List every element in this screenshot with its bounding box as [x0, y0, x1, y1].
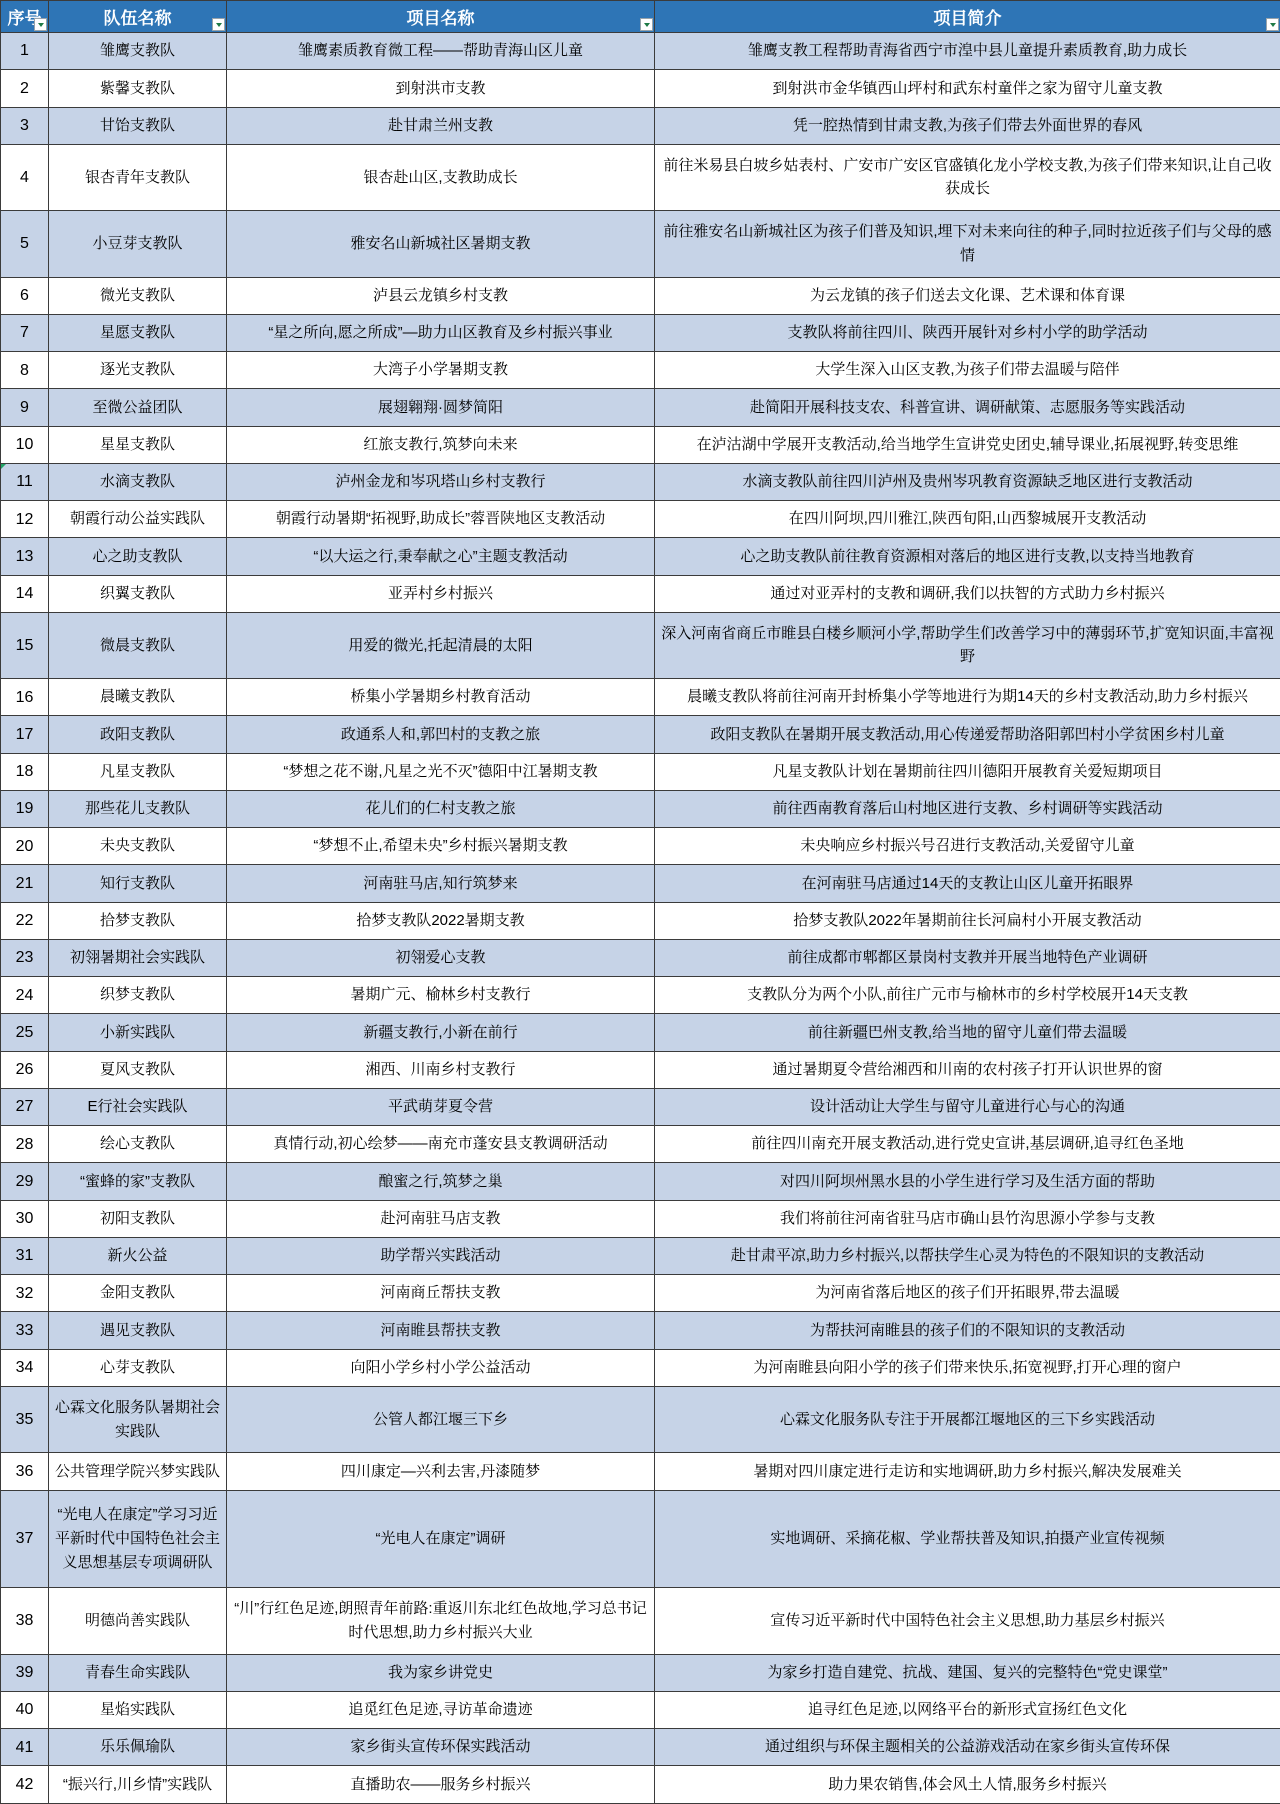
cell-index[interactable]: 23 [1, 939, 49, 976]
cell-project-name[interactable]: 河南睢县帮扶支教 [227, 1312, 655, 1349]
cell-project-desc[interactable]: 拾梦支教队2022年暑期前往长河扁村小开展支教活动 [655, 902, 1280, 939]
project-desc-value: 深入河南省商丘市睢县白楼乡顺河小学,帮助学生们改善学习中的薄弱环节,扩宽知识面,… [661, 625, 1274, 666]
cell-index[interactable]: 7 [1, 314, 49, 351]
project-desc-value: 水滴支教队前往四川泸州及贵州岑巩教育资源缺乏地区进行支教活动 [742, 473, 1192, 490]
cell-team-name[interactable]: 未央支教队 [49, 828, 227, 865]
cell-index[interactable]: 18 [1, 753, 49, 790]
team-name-value: 甘饴支教队 [100, 117, 175, 134]
cell-team-name[interactable]: 小新实践队 [49, 1014, 227, 1051]
row-index-value: 16 [16, 689, 34, 706]
cell-index[interactable]: 34 [1, 1349, 49, 1386]
table-row: 13 心之助支教队 “以大运之行,秉奉献之心”主题支教活动 心之助支教队前往教育… [1, 538, 1280, 575]
cell-index[interactable]: 27 [1, 1088, 49, 1125]
cell-index[interactable]: 25 [1, 1014, 49, 1051]
table-row: 4 银杏青年支教队 银杏赴山区,支教助成长 前往米易县白坡乡姑表村、广安市广安区… [1, 144, 1280, 210]
cell-index[interactable]: 5 [1, 211, 49, 277]
project-desc-value: 在四川阿坝,四川雅江,陕西旬阳,山西黎城展开支教活动 [789, 510, 1147, 527]
row-index-value: 7 [20, 324, 29, 341]
project-name-value: 平武萌芽夏令营 [388, 1098, 493, 1115]
project-desc-value: 赴甘肃平凉,助力乡村振兴,以帮扶学生心灵为特色的不限知识的支教活动 [731, 1247, 1204, 1264]
cell-team-name[interactable]: 星愿支教队 [49, 314, 227, 351]
row-index-value: 3 [20, 117, 29, 134]
row-index-value: 27 [16, 1098, 34, 1115]
table-row: 36 公共管理学院兴梦实践队 四川康定—兴利去害,丹漆随梦 暑期对四川康定进行走… [1, 1453, 1280, 1490]
cell-project-desc[interactable]: 心霖文化服务队专注于开展都江堰地区的三下乡实践活动 [655, 1386, 1280, 1452]
project-desc-value: 前往雅安名山新城社区为孩子们普及知识,埋下对未来向往的种子,同时拉近孩子们与父母… [663, 223, 1271, 264]
cell-team-name[interactable]: “振兴行,川乡情”实践队 [49, 1766, 227, 1804]
row-index-value: 6 [20, 287, 29, 304]
project-desc-value: 通过暑期夏令营给湘西和川南的农村孩子打开认识世界的窗 [772, 1061, 1162, 1078]
filter-dropdown-icon[interactable] [640, 18, 653, 31]
filter-dropdown-icon[interactable] [1266, 18, 1279, 31]
table-row: 37 “光电人在康定”学习习近平新时代中国特色社会主义思想基层专项调研队 “光电… [1, 1490, 1280, 1588]
cell-project-desc[interactable]: 凭一腔热情到甘肃支教,为孩子们带去外面世界的春风 [655, 107, 1280, 144]
filter-dropdown-icon[interactable] [212, 18, 225, 31]
project-name-value: 桥集小学暑期乡村教育活动 [350, 688, 530, 705]
table-row: 41 乐乐佩瑜队 家乡街头宣传环保实践活动 通过组织与环保主题相关的公益游戏活动… [1, 1729, 1280, 1766]
cell-project-desc[interactable]: 大学生深入山区支教,为孩子们带去温暖与陪伴 [655, 352, 1280, 389]
project-name-value: “以大运之行,秉奉献之心”主题支教活动 [313, 548, 567, 565]
cell-index[interactable]: 22 [1, 902, 49, 939]
team-name-value: 绘心支教队 [100, 1135, 175, 1152]
project-name-value: 我为家乡讲党史 [388, 1664, 493, 1681]
team-name-value: 小豆芽支教队 [92, 235, 182, 252]
table-row: 12 朝霞行动公益实践队 朝霞行动暑期“拓视野,助成长”蓉晋陕地区支教活动 在四… [1, 501, 1280, 538]
project-name-value: 到射洪市支教 [395, 80, 485, 97]
table-row: 18 凡星支教队 “梦想之花不谢,凡星之光不灭”德阳中江暑期支教 凡星支教队计划… [1, 753, 1280, 790]
cell-index[interactable]: 37 [1, 1490, 49, 1588]
cell-team-name[interactable]: 晨曦支教队 [49, 679, 227, 716]
table-row: 11 水滴支教队 泸州金龙和岑巩塔山乡村支教行 水滴支教队前往四川泸州及贵州岑巩… [1, 463, 1280, 500]
cell-index[interactable]: 15 [1, 612, 49, 678]
cell-project-desc[interactable]: 前往雅安名山新城社区为孩子们普及知识,埋下对未来向往的种子,同时拉近孩子们与父母… [655, 211, 1280, 277]
cell-index[interactable]: 20 [1, 828, 49, 865]
team-name-value: E行社会实践队 [87, 1098, 187, 1115]
project-name-value: “梦想之花不谢,凡星之光不灭”德阳中江暑期支教 [283, 763, 597, 780]
cell-project-desc[interactable]: 为帮扶河南睢县的孩子们的不限知识的支教活动 [655, 1312, 1280, 1349]
table-row: 42 “振兴行,川乡情”实践队 直播助农——服务乡村振兴 助力果农销售,体会风土… [1, 1766, 1280, 1804]
team-name-value: 水滴支教队 [100, 473, 175, 490]
table-row: 24 织梦支教队 暑期广元、榆林乡村支教行 支教队分为两个小队,前往广元市与榆林… [1, 977, 1280, 1014]
cell-index[interactable]: 28 [1, 1126, 49, 1163]
table-row: 34 心芽支教队 向阳小学乡村小学公益活动 为河南睢县向阳小学的孩子们带来快乐,… [1, 1349, 1280, 1386]
cell-index[interactable]: 35 [1, 1386, 49, 1452]
team-name-value: 凡星支教队 [100, 763, 175, 780]
cell-team-name[interactable]: 公共管理学院兴梦实践队 [49, 1453, 227, 1490]
row-index-value: 36 [16, 1463, 34, 1480]
project-name-value: 雏鹰素质教育微工程——帮助青海山区儿童 [298, 42, 583, 59]
header-label-team: 队伍名称 [104, 9, 172, 28]
cell-project-desc[interactable]: 政阳支教队在暑期开展支教活动,用心传递爱帮助洛阳郭凹村小学贫困乡村儿童 [655, 716, 1280, 753]
team-name-value: 星星支教队 [100, 436, 175, 453]
cell-project-desc[interactable]: 为河南省落后地区的孩子们开拓眼界,带去温暖 [655, 1275, 1280, 1312]
cell-index[interactable]: 29 [1, 1163, 49, 1200]
cell-index[interactable]: 19 [1, 790, 49, 827]
cell-team-name[interactable]: 微光支教队 [49, 277, 227, 314]
cell-team-name[interactable]: 初翎暑期社会实践队 [49, 939, 227, 976]
cell-project-name[interactable]: “川”行红色足迹,朗照青年前路:重返川东北红色故地,学习总书记时代思想,助力乡村… [227, 1588, 655, 1654]
cell-team-name[interactable]: 小豆芽支教队 [49, 211, 227, 277]
cell-team-name[interactable]: 紫馨支教队 [49, 70, 227, 107]
project-desc-value: 前往新疆巴州支教,给当地的留守儿童们带去温暖 [808, 1024, 1127, 1041]
cell-project-name[interactable]: 直播助农——服务乡村振兴 [227, 1766, 655, 1804]
project-name-value: 泸县云龙镇乡村支教 [373, 287, 508, 304]
team-name-value: 青春生命实践队 [85, 1664, 190, 1681]
cell-index[interactable]: 30 [1, 1200, 49, 1237]
cell-project-name[interactable]: 四川康定—兴利去害,丹漆随梦 [227, 1453, 655, 1490]
cell-index[interactable]: 4 [1, 144, 49, 210]
project-name-value: 河南商丘帮扶支教 [380, 1284, 500, 1301]
cell-project-desc[interactable]: 通过暑期夏令营给湘西和川南的农村孩子打开认识世界的窗 [655, 1051, 1280, 1088]
cell-project-desc[interactable]: 实地调研、采摘花椒、学业帮扶普及知识,拍摄产业宣传视频 [655, 1490, 1280, 1588]
project-name-value: 酿蜜之行,筑梦之巢 [378, 1173, 502, 1190]
project-name-value: 花儿们的仁村支教之旅 [365, 800, 515, 817]
cell-team-name[interactable]: 知行支教队 [49, 865, 227, 902]
cell-index[interactable]: 6 [1, 277, 49, 314]
row-index-value: 10 [16, 436, 34, 453]
cell-team-name[interactable]: 金阳支教队 [49, 1275, 227, 1312]
cell-project-desc[interactable]: 暑期对四川康定进行走访和实地调研,助力乡村振兴,解决发展难关 [655, 1453, 1280, 1490]
cell-team-name[interactable]: 夏风支教队 [49, 1051, 227, 1088]
cell-project-name[interactable]: 雅安名山新城社区暑期支教 [227, 211, 655, 277]
cell-project-name[interactable]: 酿蜜之行,筑梦之巢 [227, 1163, 655, 1200]
cell-project-desc[interactable]: 宣传习近平新时代中国特色社会主义思想,助力基层乡村振兴 [655, 1588, 1280, 1654]
cell-team-name[interactable]: 星星支教队 [49, 426, 227, 463]
cell-project-desc[interactable]: 赴甘肃平凉,助力乡村振兴,以帮扶学生心灵为特色的不限知识的支教活动 [655, 1237, 1280, 1274]
team-name-value: 织梦支教队 [100, 986, 175, 1003]
filter-arrow-icon [644, 23, 650, 27]
cell-team-name[interactable]: “蜜蜂的家”支教队 [49, 1163, 227, 1200]
cell-index[interactable]: 21 [1, 865, 49, 902]
cell-index[interactable]: 13 [1, 538, 49, 575]
cell-project-desc[interactable]: 凡星支教队计划在暑期前往四川德阳开展教育关爱短期项目 [655, 753, 1280, 790]
cell-team-name[interactable]: 心霖文化服务队暑期社会实践队 [49, 1386, 227, 1452]
team-name-value: 至微公益团队 [92, 399, 182, 416]
team-name-value: 夏风支教队 [100, 1061, 175, 1078]
cell-project-desc[interactable]: 未央响应乡村振兴号召进行支教活动,关爱留守儿童 [655, 828, 1280, 865]
cell-project-name[interactable]: 平武萌芽夏令营 [227, 1088, 655, 1125]
cell-index[interactable]: 40 [1, 1691, 49, 1728]
cell-index[interactable]: 17 [1, 716, 49, 753]
team-name-value: 心芽支教队 [100, 1359, 175, 1376]
cell-index[interactable]: 41 [1, 1729, 49, 1766]
cell-team-name[interactable]: 微晨支教队 [49, 612, 227, 678]
table-row: 22 拾梦支教队 拾梦支教队2022暑期支教 拾梦支教队2022年暑期前往长河扁… [1, 902, 1280, 939]
cell-project-desc[interactable]: 通过组织与环保主题相关的公益游戏活动在家乡街头宣传环保 [655, 1729, 1280, 1766]
row-index-value: 4 [20, 169, 29, 186]
table-row: 17 政阳支教队 政通系人和,郭凹村的支教之旅 政阳支教队在暑期开展支教活动,用… [1, 716, 1280, 753]
cell-project-name[interactable]: 到射洪市支教 [227, 70, 655, 107]
table-row: 5 小豆芽支教队 雅安名山新城社区暑期支教 前往雅安名山新城社区为孩子们普及知识… [1, 211, 1280, 277]
cell-project-desc[interactable]: 赴简阳开展科技支农、科普宣讲、调研献策、志愿服务等实践活动 [655, 389, 1280, 426]
cell-index[interactable]: 2 [1, 70, 49, 107]
project-name-value: 拾梦支教队2022暑期支教 [356, 912, 524, 929]
project-name-value: 暑期广元、榆林乡村支教行 [350, 986, 530, 1003]
cell-project-name[interactable]: “光电人在康定”调研 [227, 1490, 655, 1588]
cell-team-name[interactable]: 至微公益团队 [49, 389, 227, 426]
cell-team-name[interactable]: 织翼支教队 [49, 575, 227, 612]
cell-project-name[interactable]: 红旅支教行,筑梦向未来 [227, 426, 655, 463]
cell-project-name[interactable]: “以大运之行,秉奉献之心”主题支教活动 [227, 538, 655, 575]
cell-project-desc[interactable]: 心之助支教队前往教育资源相对落后的地区进行支教,以支持当地教育 [655, 538, 1280, 575]
cell-project-name[interactable]: 真情行动,初心绘梦——南充市蓬安县支教调研活动 [227, 1126, 655, 1163]
team-name-value: 乐乐佩瑜队 [100, 1738, 175, 1755]
cell-project-desc[interactable]: 助力果农销售,体会风土人情,服务乡村振兴 [655, 1766, 1280, 1804]
cell-project-desc[interactable]: 水滴支教队前往四川泸州及贵州岑巩教育资源缺乏地区进行支教活动 [655, 463, 1280, 500]
row-index-value: 23 [16, 949, 34, 966]
cell-project-desc[interactable]: 前往四川南充开展支教活动,进行党史宣讲,基层调研,追寻红色圣地 [655, 1126, 1280, 1163]
cell-project-desc[interactable]: 在泸沽湖中学展开支教活动,给当地学生宣讲党史团史,辅导课业,拓展视野,转变思维 [655, 426, 1280, 463]
projects-table: 序号 队伍名称 项目名称 项目简介 1 雏鹰支教队 雏鹰素质教育微工程——帮助青… [0, 0, 1280, 1804]
cell-project-name[interactable]: 大湾子小学暑期支教 [227, 352, 655, 389]
cell-project-name[interactable]: 赴河南驻马店支教 [227, 1200, 655, 1237]
cell-project-name[interactable]: 追觅红色足迹,寻访革命遗迹 [227, 1691, 655, 1728]
project-desc-value: 实地调研、采摘花椒、学业帮扶普及知识,拍摄产业宣传视频 [770, 1530, 1164, 1547]
cell-project-desc[interactable]: 前往西南教育落后山村地区进行支教、乡村调研等实践活动 [655, 790, 1280, 827]
project-name-value: 真情行动,初心绘梦——南充市蓬安县支教调研活动 [273, 1135, 607, 1152]
cell-project-desc[interactable]: 在四川阿坝,四川雅江,陕西旬阳,山西黎城展开支教活动 [655, 501, 1280, 538]
cell-project-desc[interactable]: 支教队将前往四川、陕西开展针对乡村小学的助学活动 [655, 314, 1280, 351]
project-desc-value: 前往米易县白坡乡姑表村、广安市广安区官盛镇化龙小学校支教,为孩子们带来知识,让自… [663, 157, 1271, 198]
team-name-value: 星愿支教队 [100, 324, 175, 341]
project-name-value: 初翎爱心支教 [395, 949, 485, 966]
cell-team-name[interactable]: 那些花儿支教队 [49, 790, 227, 827]
cell-team-name[interactable]: 水滴支教队 [49, 463, 227, 500]
cell-project-desc[interactable]: 为云龙镇的孩子们送去文化课、艺术课和体育课 [655, 277, 1280, 314]
cell-project-desc[interactable]: 设计活动让大学生与留守儿童进行心与心的沟通 [655, 1088, 1280, 1125]
project-desc-value: 为帮扶河南睢县的孩子们的不限知识的支教活动 [810, 1322, 1125, 1339]
project-name-value: 展翅翱翔·圆梦简阳 [378, 399, 503, 416]
team-name-value: 星焰实践队 [100, 1701, 175, 1718]
cell-project-desc[interactable]: 深入河南省商丘市睢县白楼乡顺河小学,帮助学生们改善学习中的薄弱环节,扩宽知识面,… [655, 612, 1280, 678]
cell-index[interactable]: 12 [1, 501, 49, 538]
cell-team-name[interactable]: 甘饴支教队 [49, 107, 227, 144]
cell-project-name[interactable]: 朝霞行动暑期“拓视野,助成长”蓉晋陕地区支教活动 [227, 501, 655, 538]
team-name-value: 小新实践队 [100, 1024, 175, 1041]
cell-team-name[interactable]: 新火公益 [49, 1237, 227, 1274]
cell-project-desc[interactable]: 我们将前往河南省驻马店市确山县竹沟思源小学参与支教 [655, 1200, 1280, 1237]
project-desc-value: 为河南省落后地区的孩子们开拓眼界,带去温暖 [815, 1284, 1119, 1301]
team-name-value: 微晨支教队 [100, 637, 175, 654]
cell-team-name[interactable]: 明德尚善实践队 [49, 1588, 227, 1654]
project-name-value: 助学帮兴实践活动 [380, 1247, 500, 1264]
cell-team-name[interactable]: 拾梦支教队 [49, 902, 227, 939]
project-desc-value: 政阳支教队在暑期开展支教活动,用心传递爱帮助洛阳郭凹村小学贫困乡村儿童 [710, 726, 1224, 743]
cell-index[interactable]: 36 [1, 1453, 49, 1490]
header-row: 序号 队伍名称 项目名称 项目简介 [1, 1, 1280, 33]
header-label-project: 项目名称 [407, 9, 475, 28]
cell-team-name[interactable]: 凡星支教队 [49, 753, 227, 790]
row-index-value: 28 [16, 1136, 34, 1153]
table-row: 2 紫馨支教队 到射洪市支教 到射洪市金华镇西山坪村和武东村童伴之家为留守儿童支… [1, 70, 1280, 107]
cell-project-name[interactable]: 湘西、川南乡村支教行 [227, 1051, 655, 1088]
team-name-value: 紫馨支教队 [100, 80, 175, 97]
cell-project-desc[interactable]: 追寻红色足迹,以网络平台的新形式宣扬红色文化 [655, 1691, 1280, 1728]
project-desc-value: 暑期对四川康定进行走访和实地调研,助力乡村振兴,解决发展难关 [753, 1463, 1181, 1480]
table-row: 28 绘心支教队 真情行动,初心绘梦——南充市蓬安县支教调研活动 前往四川南充开… [1, 1126, 1280, 1163]
cell-index[interactable]: 11 [1, 463, 49, 500]
team-name-value: 心霖文化服务队暑期社会实践队 [55, 1399, 220, 1440]
cell-team-name[interactable]: E行社会实践队 [49, 1088, 227, 1125]
cell-team-name[interactable]: 朝霞行动公益实践队 [49, 501, 227, 538]
project-desc-value: 赴简阳开展科技支农、科普宣讲、调研献策、志愿服务等实践活动 [750, 399, 1185, 416]
cell-index[interactable]: 10 [1, 426, 49, 463]
cell-project-name[interactable]: 初翎爱心支教 [227, 939, 655, 976]
row-index-value: 34 [16, 1359, 34, 1376]
project-name-value: 政通系人和,郭凹村的支教之旅 [341, 726, 540, 743]
project-name-value: “星之所向,愿之所成”—助力山区教育及乡村振兴事业 [268, 324, 612, 341]
team-name-value: 遇见支教队 [100, 1322, 175, 1339]
cell-project-name[interactable]: 拾梦支教队2022暑期支教 [227, 902, 655, 939]
project-desc-value: 追寻红色足迹,以网络平台的新形式宣扬红色文化 [808, 1701, 1127, 1718]
project-desc-value: 宣传习近平新时代中国特色社会主义思想,助力基层乡村振兴 [770, 1612, 1164, 1629]
cell-team-name[interactable]: 织梦支教队 [49, 977, 227, 1014]
row-index-value: 31 [16, 1247, 34, 1264]
cell-project-name[interactable]: 政通系人和,郭凹村的支教之旅 [227, 716, 655, 753]
team-name-value: 雏鹰支教队 [100, 42, 175, 59]
project-desc-value: 前往成都市郫都区景岗村支教并开展当地特色产业调研 [787, 949, 1147, 966]
cell-team-name[interactable]: 青春生命实践队 [49, 1654, 227, 1691]
cell-project-name[interactable]: 泸州金龙和岑巩塔山乡村支教行 [227, 463, 655, 500]
cell-team-name[interactable]: 心芽支教队 [49, 1349, 227, 1386]
cell-project-name[interactable]: 助学帮兴实践活动 [227, 1237, 655, 1274]
header-cell-no[interactable]: 序号 [1, 1, 49, 33]
team-name-value: 知行支教队 [100, 875, 175, 892]
header-cell-project[interactable]: 项目名称 [227, 1, 655, 33]
project-name-value: 河南驻马店,知行筑梦来 [363, 875, 517, 892]
row-index-value: 24 [16, 987, 34, 1004]
cell-project-desc[interactable]: 雏鹰支教工程帮助青海省西宁市湟中县儿童提升素质教育,助力成长 [655, 33, 1280, 70]
header-cell-team[interactable]: 队伍名称 [49, 1, 227, 33]
cell-project-name[interactable]: 银杏赴山区,支教助成长 [227, 144, 655, 210]
cell-project-name[interactable]: “梦想不止,希望未央”乡村振兴暑期支教 [227, 828, 655, 865]
row-index-value: 15 [16, 637, 34, 654]
cell-project-name[interactable]: 家乡街头宣传环保实践活动 [227, 1729, 655, 1766]
cell-index[interactable]: 42 [1, 1766, 49, 1804]
cell-index[interactable]: 24 [1, 977, 49, 1014]
cell-project-desc[interactable]: 晨曦支教队将前往河南开封桥集小学等地进行为期14天的乡村支教活动,助力乡村振兴 [655, 679, 1280, 716]
cell-project-name[interactable]: 河南商丘帮扶支教 [227, 1275, 655, 1312]
cell-project-desc[interactable]: 为家乡打造自建党、抗战、建国、复兴的完整特色“党史课堂” [655, 1654, 1280, 1691]
team-name-value: 初阳支教队 [100, 1210, 175, 1227]
cell-index[interactable]: 1 [1, 33, 49, 70]
table-row: 27 E行社会实践队 平武萌芽夏令营 设计活动让大学生与留守儿童进行心与心的沟通 [1, 1088, 1280, 1125]
cell-index[interactable]: 16 [1, 679, 49, 716]
row-index-value: 29 [16, 1173, 34, 1190]
row-index-value: 37 [16, 1530, 34, 1547]
cell-project-desc[interactable]: 在河南驻马店通过14天的支教让山区儿童开拓眼界 [655, 865, 1280, 902]
table-row: 7 星愿支教队 “星之所向,愿之所成”—助力山区教育及乡村振兴事业 支教队将前往… [1, 314, 1280, 351]
project-name-value: 赴河南驻马店支教 [380, 1210, 500, 1227]
cell-team-name[interactable]: 遇见支教队 [49, 1312, 227, 1349]
cell-index[interactable]: 8 [1, 352, 49, 389]
cell-project-name[interactable]: 雏鹰素质教育微工程——帮助青海山区儿童 [227, 33, 655, 70]
cell-project-name[interactable]: 桥集小学暑期乡村教育活动 [227, 679, 655, 716]
project-name-value: 向阳小学乡村小学公益活动 [350, 1359, 530, 1376]
cell-index[interactable]: 9 [1, 389, 49, 426]
header-cell-desc[interactable]: 项目简介 [655, 1, 1280, 33]
cell-project-name[interactable]: 公管人都江堰三下乡 [227, 1386, 655, 1452]
cell-project-name[interactable]: 河南驻马店,知行筑梦来 [227, 865, 655, 902]
cell-index[interactable]: 32 [1, 1275, 49, 1312]
cell-team-name[interactable]: “光电人在康定”学习习近平新时代中国特色社会主义思想基层专项调研队 [49, 1490, 227, 1588]
project-name-value: 湘西、川南乡村支教行 [365, 1061, 515, 1078]
cell-team-name[interactable]: 乐乐佩瑜队 [49, 1729, 227, 1766]
cell-team-name[interactable]: 政阳支教队 [49, 716, 227, 753]
cell-team-name[interactable]: 雏鹰支教队 [49, 33, 227, 70]
cell-project-desc[interactable]: 前往米易县白坡乡姑表村、广安市广安区官盛镇化龙小学校支教,为孩子们带来知识,让自… [655, 144, 1280, 210]
cell-team-name[interactable]: 星焰实践队 [49, 1691, 227, 1728]
table-row: 25 小新实践队 新疆支教行,小新在前行 前往新疆巴州支教,给当地的留守儿童们带… [1, 1014, 1280, 1051]
cell-index[interactable]: 3 [1, 107, 49, 144]
row-index-value: 20 [16, 838, 34, 855]
cell-project-name[interactable]: 泸县云龙镇乡村支教 [227, 277, 655, 314]
project-name-value: 雅安名山新城社区暑期支教 [350, 235, 530, 252]
cell-project-desc[interactable]: 对四川阿坝州黑水县的小学生进行学习及生活方面的帮助 [655, 1163, 1280, 1200]
project-name-value: 亚弄村乡村振兴 [388, 585, 493, 602]
cell-project-desc[interactable]: 为河南睢县向阳小学的孩子们带来快乐,拓宽视野,打开心理的窗户 [655, 1349, 1280, 1386]
cell-index[interactable]: 26 [1, 1051, 49, 1088]
cell-index[interactable]: 31 [1, 1237, 49, 1274]
row-index-value: 21 [16, 875, 34, 892]
cell-project-desc[interactable]: 通过对亚弄村的支教和调研,我们以扶智的方式助力乡村振兴 [655, 575, 1280, 612]
project-desc-value: 为家乡打造自建党、抗战、建国、复兴的完整特色“党史课堂” [768, 1664, 1168, 1681]
table-row: 40 星焰实践队 追觅红色足迹,寻访革命遗迹 追寻红色足迹,以网络平台的新形式宣… [1, 1691, 1280, 1728]
cell-project-name[interactable]: “梦想之花不谢,凡星之光不灭”德阳中江暑期支教 [227, 753, 655, 790]
cell-index[interactable]: 14 [1, 575, 49, 612]
filter-dropdown-icon[interactable] [34, 18, 47, 31]
cell-project-name[interactable]: 新疆支教行,小新在前行 [227, 1014, 655, 1051]
cell-index[interactable]: 38 [1, 1588, 49, 1654]
project-desc-value: 对四川阿坝州黑水县的小学生进行学习及生活方面的帮助 [780, 1173, 1155, 1190]
cell-team-name[interactable]: 初阳支教队 [49, 1200, 227, 1237]
cell-project-name[interactable]: 赴甘肃兰州支教 [227, 107, 655, 144]
table-row: 20 未央支教队 “梦想不止,希望未央”乡村振兴暑期支教 未央响应乡村振兴号召进… [1, 828, 1280, 865]
project-desc-value: 通过对亚弄村的支教和调研,我们以扶智的方式助力乡村振兴 [770, 585, 1164, 602]
cell-index[interactable]: 33 [1, 1312, 49, 1349]
cell-project-name[interactable]: 花儿们的仁村支教之旅 [227, 790, 655, 827]
cell-team-name[interactable]: 逐光支教队 [49, 352, 227, 389]
cell-team-name[interactable]: 绘心支教队 [49, 1126, 227, 1163]
cell-project-desc[interactable]: 前往新疆巴州支教,给当地的留守儿童们带去温暖 [655, 1014, 1280, 1051]
cell-project-desc[interactable]: 到射洪市金华镇西山坪村和武东村童伴之家为留守儿童支教 [655, 70, 1280, 107]
cell-project-desc[interactable]: 支教队分为两个小队,前往广元市与榆林市的乡村学校展开14天支教 [655, 977, 1280, 1014]
table-body: 1 雏鹰支教队 雏鹰素质教育微工程——帮助青海山区儿童 雏鹰支教工程帮助青海省西… [1, 33, 1280, 1804]
row-index-value: 17 [16, 726, 34, 743]
cell-project-name[interactable]: 向阳小学乡村小学公益活动 [227, 1349, 655, 1386]
cell-team-name[interactable]: 银杏青年支教队 [49, 144, 227, 210]
cell-project-name[interactable]: 亚弄村乡村振兴 [227, 575, 655, 612]
cell-project-name[interactable]: 用爱的微光,托起清晨的太阳 [227, 612, 655, 678]
project-name-value: 红旅支教行,筑梦向未来 [363, 436, 517, 453]
project-desc-value: 支教队分为两个小队,前往广元市与榆林市的乡村学校展开14天支教 [747, 986, 1188, 1003]
filter-arrow-icon [216, 23, 222, 27]
filter-arrow-icon [38, 23, 44, 27]
cell-project-desc[interactable]: 前往成都市郫都区景岗村支教并开展当地特色产业调研 [655, 939, 1280, 976]
cell-index[interactable]: 39 [1, 1654, 49, 1691]
team-name-value: 公共管理学院兴梦实践队 [55, 1463, 220, 1480]
cell-project-name[interactable]: 暑期广元、榆林乡村支教行 [227, 977, 655, 1014]
cell-project-name[interactable]: 展翅翱翔·圆梦简阳 [227, 389, 655, 426]
cell-team-name[interactable]: 心之助支教队 [49, 538, 227, 575]
project-name-value: 追觅红色足迹,寻访革命遗迹 [348, 1701, 532, 1718]
project-desc-value: 在泸沽湖中学展开支教活动,给当地学生宣讲党史团史,辅导课业,拓展视野,转变思维 [697, 436, 1239, 453]
cell-project-name[interactable]: 我为家乡讲党史 [227, 1654, 655, 1691]
cell-project-name[interactable]: “星之所向,愿之所成”—助力山区教育及乡村振兴事业 [227, 314, 655, 351]
project-desc-value: 凡星支教队计划在暑期前往四川德阳开展教育关爱短期项目 [772, 763, 1162, 780]
row-index-value: 26 [16, 1061, 34, 1078]
row-index-value: 8 [20, 362, 29, 379]
